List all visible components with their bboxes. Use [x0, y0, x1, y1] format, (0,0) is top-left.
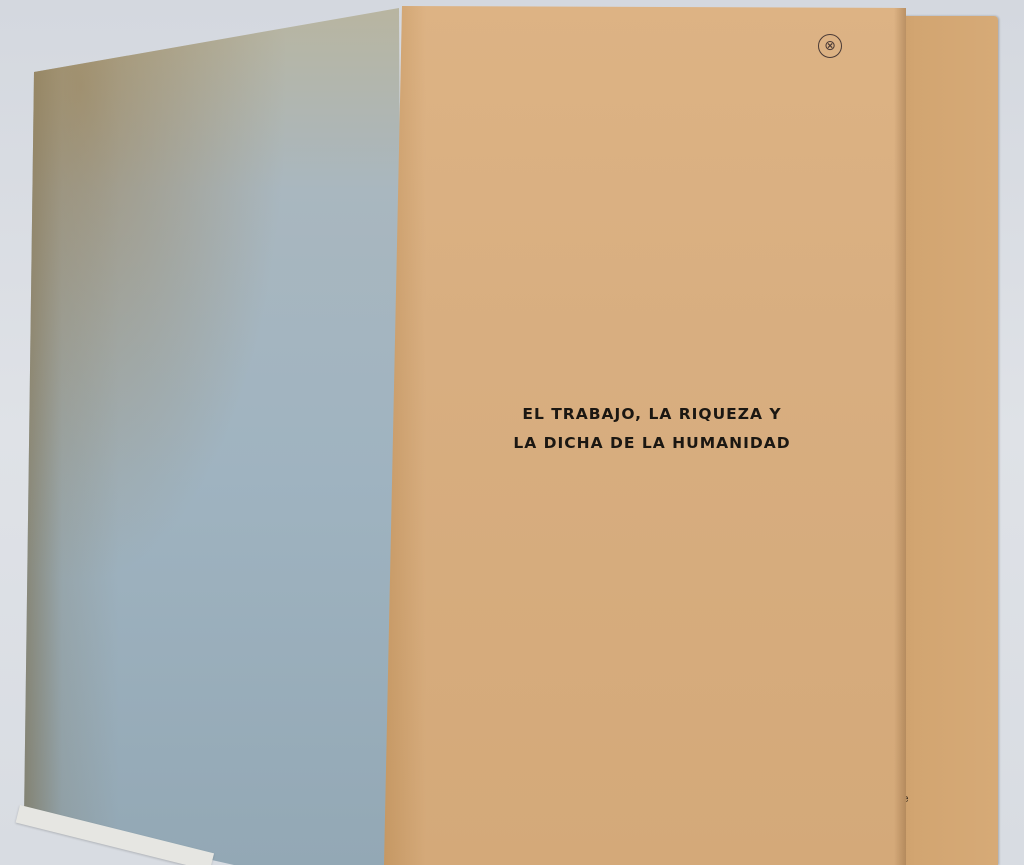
book-title: EL TRABAJO, LA RIQUEZA Y LA DICHA DE LA …: [472, 400, 832, 458]
title-line-1: EL TRABAJO, LA RIQUEZA Y: [472, 400, 832, 429]
title-page: EL TRABAJO, LA RIQUEZA Y LA DICHA DE LA …: [384, 0, 906, 865]
page-fold-shadow: [894, 8, 906, 865]
title-line-2: LA DICHA DE LA HUMANIDAD: [472, 429, 832, 458]
handwritten-circle-x-mark-icon: ⊗: [818, 34, 842, 58]
book-cover: [24, 0, 404, 865]
